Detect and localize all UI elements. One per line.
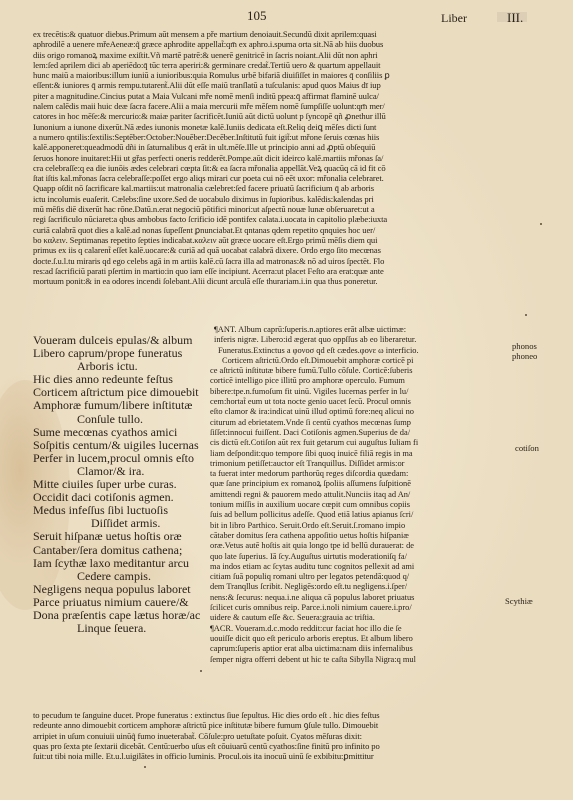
commentary-line: ma indos etiam ac ſcytas auditu tunc cog…	[210, 562, 510, 572]
commentary-line: ta fuerat inter medorum parthorūq reges …	[210, 469, 510, 479]
prose-line: ex trecētis:& quatuor diebus.Primum aūt …	[33, 29, 511, 39]
margin-note: phoneo	[512, 351, 537, 361]
commentary-line: quæ ſane principium ex romanoꝝ ſpoliis a…	[210, 479, 510, 489]
prose-line: docte.ſ.u.l.tu miraris qd ego celebs agā…	[33, 256, 511, 266]
verse-line: Cedere campis.	[33, 570, 213, 583]
commentary-line: Funeratus.Extinctus a φονοσ qd eſt cædes…	[210, 346, 510, 356]
prose-line: piter a magnitudine.Cincius putat a Maia…	[33, 91, 511, 101]
verse-line: Seruit hiſpanæ uetus hoſtis oræ	[33, 530, 213, 543]
commentary-line: uouiſſe dicit quo eſt periculo arboris e…	[210, 634, 510, 644]
prose-line: ſeruos honore inuitaret:Hii ut gřas perf…	[33, 153, 511, 163]
folio-number: 105	[247, 8, 267, 24]
commentary-line: bibere:tpe.n.fumoſum fit uinū. Vigiles l…	[210, 387, 510, 397]
margin-note: Scythiæ	[505, 596, 533, 606]
prose-line: ſtat iſtis kal.mřonas ſacra celebraſſe:p…	[33, 173, 511, 183]
ode-verse: Voueram dulceis epulas/& albumLibero cap…	[33, 334, 213, 635]
commentary-line: ¶ACR. Voueram.d.c.modo reddit:cur faciat…	[210, 624, 510, 634]
prose-line: cra celebraſſe:q ea die iunōis ædes cele…	[33, 163, 511, 173]
prose-line: a numero qntilis:ſextilis:Septēber:Octob…	[33, 132, 511, 142]
top-prose-commentary: ex trecētis:& quatuor diebus.Primum aūt …	[33, 29, 511, 286]
commentary-line: amittendi regni & pauorem medo attulit.N…	[210, 490, 510, 500]
verse-line: Amphoræ fumum/libere inſtitutæ	[33, 399, 213, 412]
prose-line: ictu incolumis euaſerit. Cælebs:ſine uxo…	[33, 194, 511, 204]
commentary-line: corticē intelligo pice illitū pro amphor…	[210, 376, 510, 386]
commentary-line: dem Tranqllus ſcribit. Negligēs:ordo eſt…	[210, 582, 510, 592]
verse-commentary: ¶ANT. Album caprū:ſuperis.n.aptiores erā…	[210, 325, 510, 665]
verse-line: Linque ſeuera.	[33, 622, 213, 635]
commentary-line: cātaber domitus ſera cathena appoſitio u…	[210, 531, 510, 541]
prose-line: eſſent:& iuniores q̄ armis rempu.tutaren…	[33, 80, 511, 90]
verse-line: Negligens nequa populus laboret	[33, 583, 213, 596]
prose-line: to pecudum te ſanguine ducet. Prope fune…	[33, 710, 511, 720]
document-page: 105 Liber III. ex trecētis:& quatuor die…	[0, 0, 573, 800]
prose-line: primus ex iis q calarent̃ eſſet kalē.uoc…	[33, 245, 511, 255]
prose-line: aphrodilē a uenere mřeAeneæ:q̃ græce aph…	[33, 39, 511, 49]
prose-line: regi ſacrificulo nūciaret:a qbus ambobus…	[33, 214, 511, 224]
prose-line: mū mēſis diē dixerūt hac rōne.Datū.n.era…	[33, 204, 511, 214]
bottom-prose-commentary: to pecudum te ſanguine ducet. Prope fune…	[33, 710, 511, 761]
verse-line: Conſule tullo.	[33, 413, 213, 426]
prose-line: arripiet in uſum conuiuii uinūq̃ fumo in…	[33, 731, 511, 741]
commentary-line: trimonium petiſſet:auctor eſt Tranquillu…	[210, 459, 510, 469]
commentary-line: ſemper nigra offerri debent ut hic te ca…	[210, 655, 510, 665]
verse-line: Perfer in lucem,procul omnis eſto	[33, 452, 213, 465]
prose-line: res:ad ſacrificiū parati pſertim in mart…	[33, 266, 511, 276]
commentary-line: nens:& ſecurus: nequa.i.ne aliqua cā pop…	[210, 593, 510, 603]
commentary-line: cis dictū eſt.Cotiſon aūt rex fuit getar…	[210, 438, 510, 448]
ink-speck	[525, 314, 527, 316]
prose-line: kalē.apponeret:queadmodū dñi in ſaturnal…	[33, 142, 511, 152]
verse-line: Sume mecœnas cyathos amici	[33, 426, 213, 439]
prose-line: hunc maiū a maioribus:illum iuniū a iuni…	[33, 70, 511, 80]
prose-line: lem:ſed aprilem dici ab aperiēdo:q̄ tūc …	[33, 60, 511, 70]
commentary-line: bit in libro Parthico. Seruit.Ordo eſt.S…	[210, 521, 510, 531]
prose-line: catores in hoc mēſe:& mercurio:& maiæ pa…	[33, 111, 511, 121]
verse-line: Iam ſcythæ laxo meditantur arcu	[33, 557, 213, 570]
book-number: III.	[507, 10, 523, 26]
prose-line: quas pro ſexta pte ſextarii dicebāt. Cen…	[33, 741, 511, 751]
book-label: Liber	[441, 11, 467, 26]
commentary-line: Corticem aſtrictū.Ordo eſt.Dimouebit amp…	[210, 356, 510, 366]
prose-line: diis origo romanoꝝ maxime exiſtit.Vñ mar…	[33, 50, 511, 60]
prose-line: ſuit:ut tibi noia mille. Et.u.l.uigilāte…	[33, 751, 511, 761]
commentary-line: tonium miſſis in auxilium uocare cœpit c…	[210, 500, 510, 510]
margin-note: phonos	[512, 341, 537, 351]
commentary-line: quo late ſuperius. Iā ſcy.Auguſtus uirtu…	[210, 552, 510, 562]
ink-speck	[144, 766, 146, 768]
prose-line: nalem calēdis maii huic deæ ſacra facere…	[33, 101, 511, 111]
commentary-line: ſcilicet curis omnibus reip. Parce.i.nol…	[210, 603, 510, 613]
prose-line: mortuum ponit:& in ea odores incendi ſol…	[33, 276, 511, 286]
commentary-line: inferis nigræ. Libero:id ægerat quo oppſ…	[210, 335, 510, 345]
prose-line: Iunonium a iunone dixerūt.Nā ædes iunoni…	[33, 122, 511, 132]
commentary-line: caprum:ſuperis aptior erat alba uictima:…	[210, 644, 510, 654]
verse-line: Soſpitis centum/& uigiles lucernas	[33, 439, 213, 452]
verse-line: Cantaber/ſera domitus cathena;	[33, 544, 213, 557]
commentary-line: ¶ANT. Album caprū:ſuperis.n.aptiores erā…	[210, 325, 510, 335]
margin-note: cotiſon	[515, 443, 539, 453]
verse-line: Parce priuatus nimium cauere/&	[33, 596, 213, 609]
prose-line: redeunte anno dimouebit corticem amphoræ…	[33, 720, 511, 730]
commentary-line: ſuis ad bellum pollicitus adeſſe. Quod e…	[210, 510, 510, 520]
running-head: 105 Liber III.	[0, 8, 573, 28]
ink-speck	[540, 223, 542, 225]
prose-line: bo καλειν. Septimanas repetito ſepties i…	[33, 235, 511, 245]
ink-speck	[200, 670, 202, 672]
commentary-line: oræ.Vetus autē hoſtis ait quia longo tpe…	[210, 541, 510, 551]
commentary-line: uidere & cautum eſſe &c. Seuera:grauia a…	[210, 613, 510, 623]
commentary-line: ſiſſet:innocui fuiſſent. Daci Cotiſonis …	[210, 428, 510, 438]
prose-line: curiā calabrā quot dies a kalē.ad nonas …	[33, 225, 511, 235]
commentary-line: eſto clamor & ira:indicat uinū illud opt…	[210, 407, 510, 417]
commentary-line: citurum ad ebrietatem.Vnde ſi centū cyat…	[210, 418, 510, 428]
commentary-line: citiam ſuā populiq romani ultro per lega…	[210, 572, 510, 582]
commentary-line: ce aſtrictū inſtitutæ bibere fumū.Tullo …	[210, 366, 510, 376]
prose-line: Quapp oſdit nō ſacrificare kal.martiis:u…	[33, 183, 511, 193]
commentary-line: liam deſpondit:quo tempore ſibi quoq inu…	[210, 449, 510, 459]
commentary-line: cem:hortat̃ eum ut tota nocte genio uace…	[210, 397, 510, 407]
